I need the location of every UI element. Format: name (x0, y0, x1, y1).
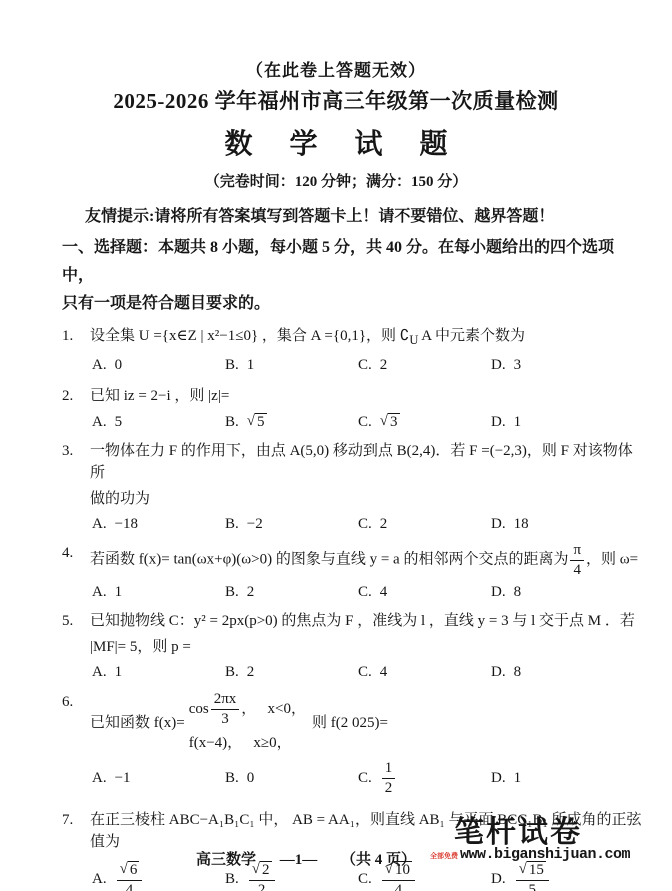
exam-time-score-info: （完卷时间：120 分钟；满分：150 分） (0, 170, 672, 191)
question-1-options: A.0 B.1 C.2 D.3 (92, 357, 672, 374)
question-5: 5. 已知抛物线 C：y² = 2px(p>0) 的焦点为 F ，准线为 l ，… (0, 610, 642, 632)
section-header-line1: 一、选择题：本题共 8 小题，每小题 5 分，共 40 分。在每小题给出的四个选… (62, 234, 638, 290)
question-3: 3. 一物体在力 F 的作用下，由点 A(5,0) 移动到点 B(2,4)．若 … (0, 440, 642, 484)
watermark-free-tag: 全部免费 (430, 853, 460, 860)
piecewise-cases: cos2πx3， x<0， f(x−4)， x≥0， (189, 691, 306, 754)
option-d: D.1 (491, 414, 521, 431)
section-header: 一、选择题：本题共 8 小题，每小题 5 分，共 40 分。在每小题给出的四个选… (62, 234, 638, 318)
case-2: f(x−4)， x≥0， (189, 732, 306, 754)
option-d: D.3 (491, 357, 521, 374)
question-1-stem: 设全集 U ={x∈Z | x²−1≤0} ，集合 A ={0,1}，则 ∁U … (90, 325, 642, 351)
question-5-stem-line1: 已知抛物线 C：y² = 2px(p>0) 的焦点为 F ，准线为 l ，直线 … (90, 610, 642, 632)
option-c: C.4 (358, 584, 491, 601)
option-a: A.−18 (92, 516, 225, 533)
question-4-stem: 若函数 f(x)= tan(ωx+φ)(ω>0) 的图象与直线 y = a 的相… (90, 542, 642, 578)
option-c: C.12 (358, 760, 491, 796)
footer-total-pages: （共 4 页） (341, 852, 416, 868)
question-5-number: 5. (62, 610, 90, 632)
option-d: D.1 (491, 770, 521, 787)
footer-page-number: —1— (280, 852, 318, 868)
option-b: B.2 (225, 664, 358, 681)
question-3-stem-line1: 一物体在力 F 的作用下，由点 A(5,0) 移动到点 B(2,4)．若 F =… (90, 440, 642, 484)
question-1: 1. 设全集 U ={x∈Z | x²−1≤0} ，集合 A ={0,1}，则 … (0, 325, 642, 351)
question-3-number: 3. (62, 440, 90, 484)
watermark-brand: 笔杆试卷 (454, 816, 668, 850)
option-c: C.2 (358, 516, 491, 533)
option-c: C.2 (358, 357, 491, 374)
option-c: C.4 (358, 664, 491, 681)
option-a: A.0 (92, 357, 225, 374)
option-d: D.8 (491, 584, 521, 601)
exam-paper-page: （在此卷上答题无效） 2025-2026 学年福州市高三年级第一次质量检测 数 … (0, 0, 672, 891)
watermark-site-url: www.biganshijuan.com (460, 846, 630, 863)
question-2-number: 2. (62, 385, 90, 407)
option-c: C.√3 (358, 413, 491, 431)
option-a: A.1 (92, 584, 225, 601)
option-d: D.18 (491, 516, 529, 533)
question-4-options: A.1 B.2 C.4 D.8 (92, 584, 672, 601)
question-4-number: 4. (62, 542, 90, 578)
question-3-stem-line2: 做的功为 (90, 488, 642, 510)
case-1: cos2πx3， x<0， (189, 691, 306, 727)
complement-symbol: ∁ (400, 328, 410, 344)
q4-stem-a: 若函数 f(x)= tan(ωx+φ)(ω>0) 的图象与直线 y = a 的相… (90, 551, 568, 567)
option-a: A.−1 (92, 770, 225, 787)
fraction-2pix-3: 2πx3 (211, 691, 240, 727)
answer-invalid-notice: （在此卷上答题无效） (0, 56, 672, 81)
piecewise-function: 已知函数 f(x)= cos2πx3， x<0， f(x−4)， x≥0， 则 … (90, 691, 388, 754)
option-b: B.√5 (225, 413, 358, 431)
option-a: A.5 (92, 414, 225, 431)
option-b: B.2 (225, 584, 358, 601)
question-6-options: A.−1 B.0 C.12 D.1 (92, 760, 672, 796)
watermark: 笔杆试卷 全部免费 www.biganshijuan.com (430, 816, 668, 863)
question-6-stem: 已知函数 f(x)= cos2πx3， x<0， f(x−4)， x≥0， 则 … (90, 691, 642, 754)
complement-subscript: U (409, 333, 418, 347)
question-6: 6. 已知函数 f(x)= cos2πx3， x<0， f(x−4)， x≥0，… (0, 691, 642, 754)
question-1-number: 1. (62, 325, 90, 351)
option-d: D.8 (491, 664, 521, 681)
fraction-pi-4: π4 (570, 542, 584, 578)
q6-stem-post: 则 f(2 025)= (312, 712, 388, 734)
q1-stem-a: 设全集 U ={x∈Z | x²−1≤0} ，集合 A ={0,1}，则 (90, 328, 400, 344)
q6-stem-pre: 已知函数 f(x)= (90, 712, 185, 734)
question-4: 4. 若函数 f(x)= tan(ωx+φ)(ω>0) 的图象与直线 y = a… (0, 542, 642, 578)
friendly-tip: 友情提示:请将所有答案填写到答题卡上！请不要错位、越界答题！ (85, 203, 642, 226)
question-7-number: 7. (62, 809, 90, 853)
footer-course-label: 高三数学 (196, 852, 256, 868)
option-b: B.1 (225, 357, 358, 374)
subject-title: 数 学 试 题 (0, 122, 672, 162)
option-b: B.0 (225, 770, 358, 787)
option-a: A.1 (92, 664, 225, 681)
exam-title: 2025-2026 学年福州市高三年级第一次质量检测 (0, 85, 672, 115)
q4-stem-b: ，则 ω= (586, 551, 638, 567)
option-b: B.−2 (225, 516, 358, 533)
sqrt-3: √3 (380, 413, 400, 431)
q1-stem-b: A 中元素个数为 (418, 328, 525, 344)
question-5-stem-line2: |MF|= 5，则 p = (90, 636, 642, 658)
question-2: 2. 已知 iz = 2−i ，则 |z|= (0, 385, 642, 407)
sqrt-5: √5 (247, 413, 267, 431)
question-2-stem: 已知 iz = 2−i ，则 |z|= (90, 385, 642, 407)
question-2-options: A.5 B.√5 C.√3 D.1 (92, 413, 672, 431)
fraction-1-2: 12 (382, 760, 396, 796)
question-6-number: 6. (62, 691, 90, 754)
section-header-line2: 只有一项是符合题目要求的。 (62, 290, 638, 318)
question-5-options: A.1 B.2 C.4 D.8 (92, 664, 672, 681)
question-3-options: A.−18 B.−2 C.2 D.18 (92, 516, 672, 533)
